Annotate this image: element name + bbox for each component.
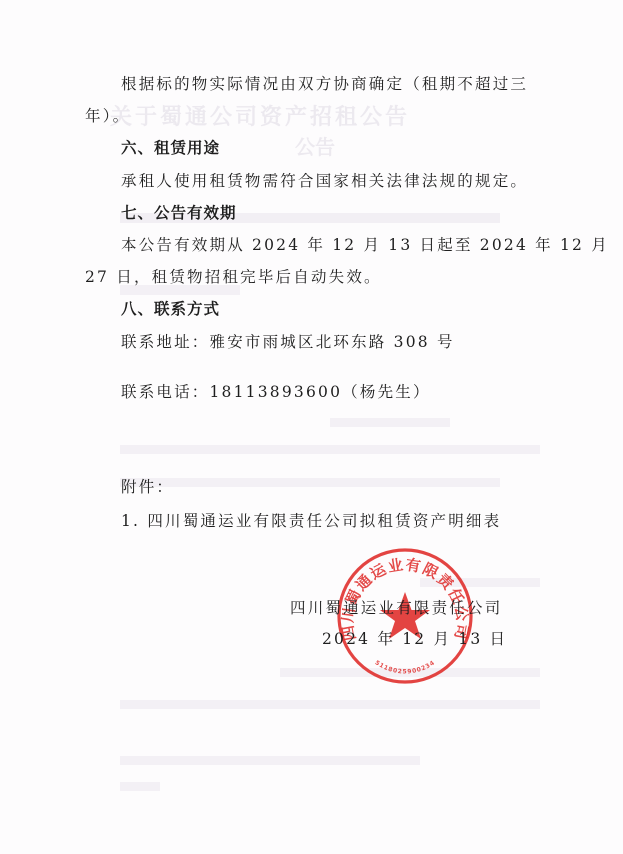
signature-company: 四川蜀通运业有限责任公司 [290, 601, 502, 617]
contact-address: 联系地址：雅安市雨城区北环东路 308 号 [121, 335, 455, 351]
section-heading-validity: 七、公告有效期 [121, 206, 237, 222]
attachment-item: 1. 四川蜀通运业有限责任公司拟租赁资产明细表 [121, 514, 501, 530]
bleed-through-line [120, 445, 540, 454]
contact-phone: 联系电话：18113893600（杨先生） [121, 385, 431, 401]
section-heading-contact: 八、联系方式 [121, 302, 220, 318]
bleed-through-line [330, 418, 450, 427]
bleed-through-title: 关于蜀通公司资产招租公告 [110, 100, 410, 131]
bleed-through-line [120, 756, 420, 765]
bleed-through-line [420, 578, 540, 587]
paragraph-lease-term-cont: 年）。 [85, 109, 130, 125]
bleed-through-subtitle: 公告 [295, 131, 335, 160]
paragraph-validity-cont: 27 日，租赁物招租完毕后自动失效。 [85, 270, 382, 286]
paragraph-validity: 本公告有效期从 2024 年 12 月 13 日起至 2024 年 12 月 [121, 238, 609, 254]
signature-date: 2024 年 12 月 13 日 [322, 632, 507, 648]
attachments-label: 附件： [121, 480, 174, 496]
section-heading-usage: 六、租赁用途 [121, 141, 220, 157]
bleed-through-line [280, 668, 540, 677]
svg-text:5118025900234: 5118025900234 [374, 659, 437, 675]
bleed-through-line [120, 700, 540, 709]
bleed-through-line [120, 782, 160, 791]
document-page: 关于蜀通公司资产招租公告 公告 根据标的物实际情况由双方协商确定（租期不超过三 … [0, 0, 623, 854]
paragraph-lease-term: 根据标的物实际情况由双方协商确定（租期不超过三 [121, 77, 528, 93]
bleed-through-line [120, 478, 500, 487]
paragraph-usage: 承租人使用租赁物需符合国家相关法律法规的规定。 [121, 174, 528, 190]
bleed-through-line [120, 285, 240, 295]
